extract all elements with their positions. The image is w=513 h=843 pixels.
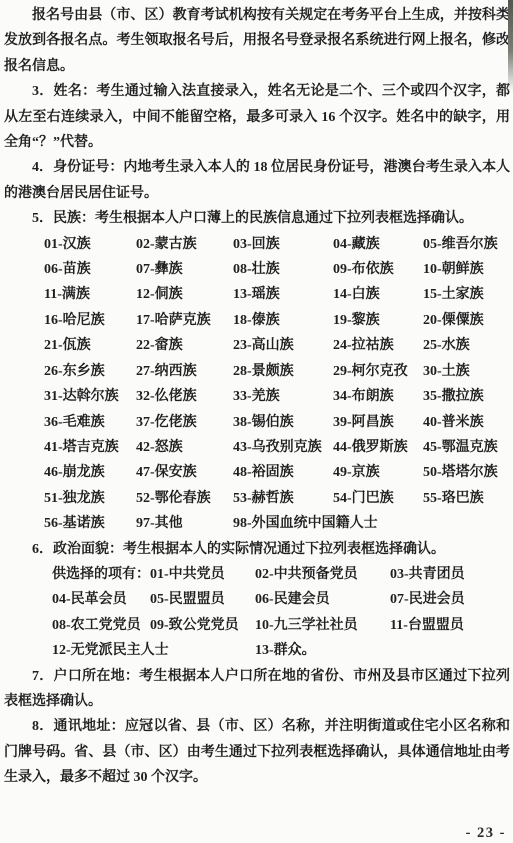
political-status-row: 04-民革会员 05-民盟盟员 06-民建会员 07-民进会员	[4, 587, 510, 612]
political-status-row: 12-无党派民主人士 13-群众。	[4, 638, 510, 663]
political-status-item: 01-中共党员	[150, 562, 255, 587]
ethnicity-row: 16-哈尼族 17-哈萨克族 18-傣族 19-黎族 20-傈僳族	[4, 308, 510, 333]
political-status-row: 08-农工党党员 09-致公党党员 10-九三学社社员 11-台盟盟员	[4, 613, 510, 638]
ethnicity-item: 19-黎族	[333, 308, 423, 333]
ethnicity-item: 43-乌孜别克族	[233, 435, 333, 460]
ethnicity-item: 08-壮族	[233, 257, 333, 282]
document-page: 报名号由县（市、区）教育考试机构按有关规定在考务平台上生成，并按科类发放到各报名…	[0, 0, 513, 843]
ethnicity-item: 29-柯尔克孜	[333, 359, 423, 384]
ethnicity-item: 48-裕固族	[233, 460, 333, 485]
ethnicity-item: 40-普米族	[423, 410, 484, 435]
ethnicity-code-list: 01-汉族 02-蒙古族 03-回族 04-藏族 05-维吾尔族 06-苗族 0…	[4, 232, 510, 537]
political-status-item: 08-农工党党员	[52, 613, 150, 638]
ethnicity-item: 06-苗族	[44, 257, 136, 282]
ethnicity-item: 39-阿昌族	[333, 410, 423, 435]
paragraph-item6-political-status: 6．政治面貌：考生根据本人的实际情况通过下拉列表框选择确认。	[4, 537, 510, 562]
ethnicity-row: 51-独龙族 52-鄂伦春族 53-赫哲族 54-门巴族 55-珞巴族	[4, 486, 510, 511]
ethnicity-row: 11-满族 12-侗族 13-瑶族 14-白族 15-土家族	[4, 282, 510, 307]
paragraph-registration-number: 报名号由县（市、区）教育考试机构按有关规定在考务平台上生成，并按科类发放到各报名…	[4, 3, 510, 79]
political-status-item: 03-共青团员	[390, 562, 465, 587]
ethnicity-item: 32-仫佬族	[136, 384, 233, 409]
ethnicity-item: 46-崩龙族	[44, 460, 136, 485]
ethnicity-item: 97-其他	[136, 511, 233, 536]
ethnicity-item: 14-白族	[333, 282, 423, 307]
political-status-item: 04-民革会员	[52, 587, 150, 612]
paragraph-item4-id-number: 4．身份证号：内地考生录入本人的 18 位居民身份证号，港澳台考生录入本人的港澳…	[4, 155, 510, 206]
political-status-item: 10-九三学社社员	[255, 613, 390, 638]
ethnicity-item: 01-汉族	[44, 232, 136, 257]
ethnicity-item: 12-侗族	[136, 282, 233, 307]
political-status-item: 13-群众。	[255, 638, 316, 663]
ethnicity-item: 24-拉祜族	[333, 333, 423, 358]
ethnicity-item: 56-基诺族	[44, 511, 136, 536]
ethnicity-item: 35-撒拉族	[423, 384, 484, 409]
ethnicity-item: 18-傣族	[233, 308, 333, 333]
ethnicity-item: 44-俄罗斯族	[333, 435, 423, 460]
political-status-item: 07-民进会员	[390, 587, 465, 612]
ethnicity-item: 41-塔吉克族	[44, 435, 136, 460]
ethnicity-row: 56-基诺族 97-其他 98-外国血统中国籍人士	[4, 511, 510, 536]
paragraph-item8-address: 8．通讯地址：应冠以省、县（市、区）名称，并注明街道或住宅小区名称和门牌号码。省…	[4, 714, 510, 790]
ethnicity-row: 26-东乡族 27-纳西族 28-景颇族 29-柯尔克孜 30-土族	[4, 359, 510, 384]
paragraph-item3-name: 3．姓名：考生通过输入法直接录入，姓名无论是二个、三个或四个汉字，都从左至右连续…	[4, 79, 510, 155]
ethnicity-item: 25-水族	[423, 333, 470, 358]
ethnicity-item: 50-塔塔尔族	[423, 460, 498, 485]
ethnicity-item: 36-毛难族	[44, 410, 136, 435]
ethnicity-item: 37-仡佬族	[136, 410, 233, 435]
ethnicity-item: 98-外国血统中国籍人士	[233, 511, 378, 536]
ethnicity-item: 05-维吾尔族	[423, 232, 498, 257]
scan-edge-artifact	[508, 0, 513, 92]
ethnicity-item: 51-独龙族	[44, 486, 136, 511]
ethnicity-item: 23-高山族	[233, 333, 333, 358]
ethnicity-row: 06-苗族 07-彝族 08-壮族 09-布依族 10-朝鲜族	[4, 257, 510, 282]
ethnicity-row: 21-佤族 22-畲族 23-高山族 24-拉祜族 25-水族	[4, 333, 510, 358]
ethnicity-item: 17-哈萨克族	[136, 308, 233, 333]
political-status-item: 06-民建会员	[255, 587, 390, 612]
ethnicity-row: 41-塔吉克族 42-怒族 43-乌孜别克族 44-俄罗斯族 45-鄂温克族	[4, 435, 510, 460]
ethnicity-item: 54-门巴族	[333, 486, 423, 511]
ethnicity-item: 13-瑶族	[233, 282, 333, 307]
ethnicity-row: 46-崩龙族 47-保安族 48-裕固族 49-京族 50-塔塔尔族	[4, 460, 510, 485]
ethnicity-item: 45-鄂温克族	[423, 435, 498, 460]
political-options-label: 供选择的项有：	[52, 562, 150, 587]
ethnicity-item: 42-怒族	[136, 435, 233, 460]
ethnicity-item: 15-土家族	[423, 282, 484, 307]
ethnicity-item: 04-藏族	[333, 232, 423, 257]
ethnicity-item: 27-纳西族	[136, 359, 233, 384]
ethnicity-item: 11-满族	[44, 282, 136, 307]
ethnicity-item: 22-畲族	[136, 333, 233, 358]
paragraph-item7-residence: 7．户口所在地：考生根据本人户口所在地的省份、市州及县市区通过下拉列表框选择确认…	[4, 664, 510, 715]
ethnicity-item: 03-回族	[233, 232, 333, 257]
political-status-item: 09-致公党党员	[150, 613, 255, 638]
ethnicity-item: 30-土族	[423, 359, 470, 384]
political-status-item: 02-中共预备党员	[255, 562, 390, 587]
ethnicity-row: 36-毛难族 37-仡佬族 38-锡伯族 39-阿昌族 40-普米族	[4, 410, 510, 435]
ethnicity-item: 38-锡伯族	[233, 410, 333, 435]
political-status-row: 供选择的项有： 01-中共党员 02-中共预备党员 03-共青团员	[4, 562, 510, 587]
ethnicity-row: 01-汉族 02-蒙古族 03-回族 04-藏族 05-维吾尔族	[4, 232, 510, 257]
ethnicity-item: 53-赫哲族	[233, 486, 333, 511]
page-number: - 23 -	[466, 821, 506, 843]
paragraph-item5-ethnicity: 5．民族：考生根据本人户口薄上的民族信息通过下拉列表框选择确认。	[4, 206, 510, 231]
political-status-item: 05-民盟盟员	[150, 587, 255, 612]
ethnicity-item: 33-羌族	[233, 384, 333, 409]
ethnicity-item: 47-保安族	[136, 460, 233, 485]
ethnicity-item: 34-布朗族	[333, 384, 423, 409]
political-status-item: 11-台盟盟员	[390, 613, 464, 638]
ethnicity-item: 26-东乡族	[44, 359, 136, 384]
ethnicity-row: 31-达斡尔族 32-仫佬族 33-羌族 34-布朗族 35-撒拉族	[4, 384, 510, 409]
political-status-code-list: 供选择的项有： 01-中共党员 02-中共预备党员 03-共青团员 04-民革会…	[4, 562, 510, 664]
ethnicity-item: 55-珞巴族	[423, 486, 484, 511]
ethnicity-item: 07-彝族	[136, 257, 233, 282]
ethnicity-item: 28-景颇族	[233, 359, 333, 384]
ethnicity-item: 02-蒙古族	[136, 232, 233, 257]
ethnicity-item: 09-布依族	[333, 257, 423, 282]
political-status-item: 12-无党派民主人士	[52, 638, 255, 663]
ethnicity-item: 31-达斡尔族	[44, 384, 136, 409]
ethnicity-item: 16-哈尼族	[44, 308, 136, 333]
ethnicity-item: 49-京族	[333, 460, 423, 485]
ethnicity-item: 10-朝鲜族	[423, 257, 484, 282]
ethnicity-item: 52-鄂伦春族	[136, 486, 233, 511]
ethnicity-item: 21-佤族	[44, 333, 136, 358]
ethnicity-item: 20-傈僳族	[423, 308, 484, 333]
